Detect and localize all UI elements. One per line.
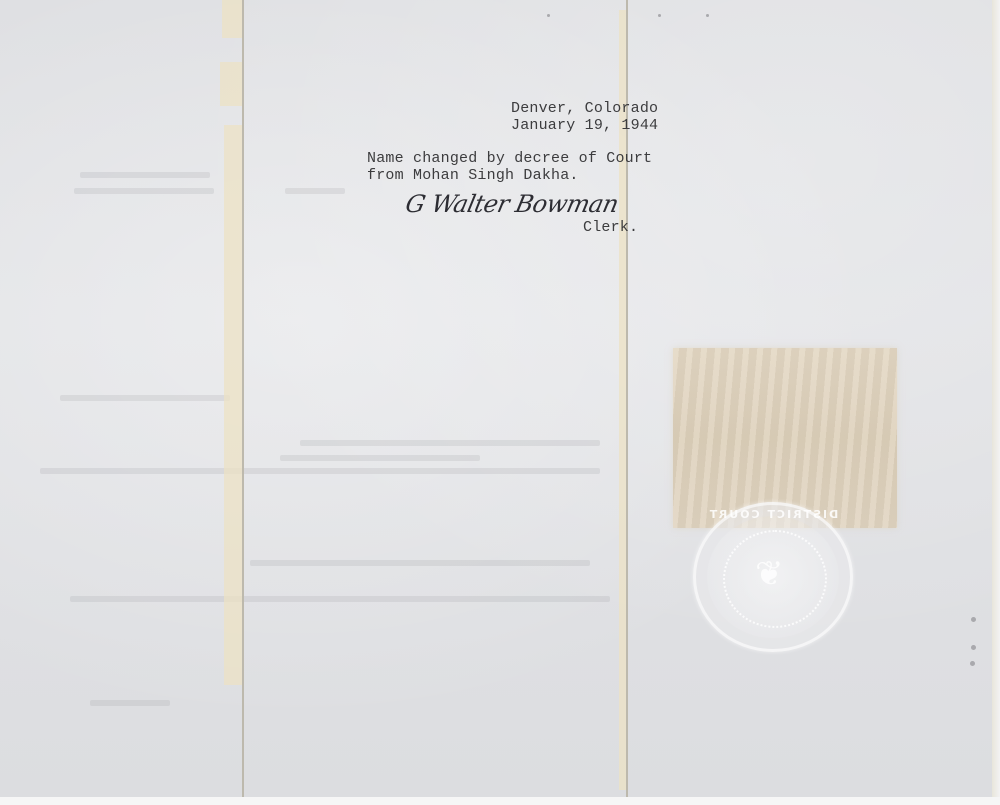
scan-bottom-margin [0,797,1000,805]
location-line: Denver, Colorado [511,100,658,117]
clerk-signature: G Walter Bowman [403,190,621,218]
bleed-through-line [80,172,210,178]
left-fold [220,0,260,797]
bleed-through-line [300,440,600,446]
punch-hole [658,14,661,17]
eagle-icon: ❦ [755,554,784,594]
page-right-edge [992,0,1000,797]
annotation-line-2: from Mohan Singh Dakha. [367,167,579,184]
date-line: January 19, 1944 [511,117,658,134]
photo-backing-patch [673,348,897,528]
bleed-through-line [285,188,345,194]
bleed-through-line [60,395,230,401]
bleed-through-line [40,468,600,474]
punch-hole [970,661,975,666]
fold-crease [242,0,244,797]
bleed-through-line [90,700,170,706]
bleed-through-line [70,596,610,602]
signer-title: Clerk. [583,219,638,236]
annotation-line-1: Name changed by decree of Court [367,150,652,167]
punch-hole [971,645,976,650]
seal-text: DISTRICT COURT [693,508,853,521]
bleed-through-line [250,560,590,566]
tape-strip [220,62,242,106]
document-sheet: Denver, Colorado January 19, 1944 Name c… [0,0,992,797]
bleed-through-line [280,455,480,461]
bleed-through-line [74,188,214,194]
punch-hole [547,14,550,17]
embossed-court-seal: DISTRICT COURT ❦ [693,502,853,652]
tape-strip [224,125,244,685]
punch-hole [706,14,709,17]
punch-hole [971,617,976,622]
tape-strip [222,0,242,38]
